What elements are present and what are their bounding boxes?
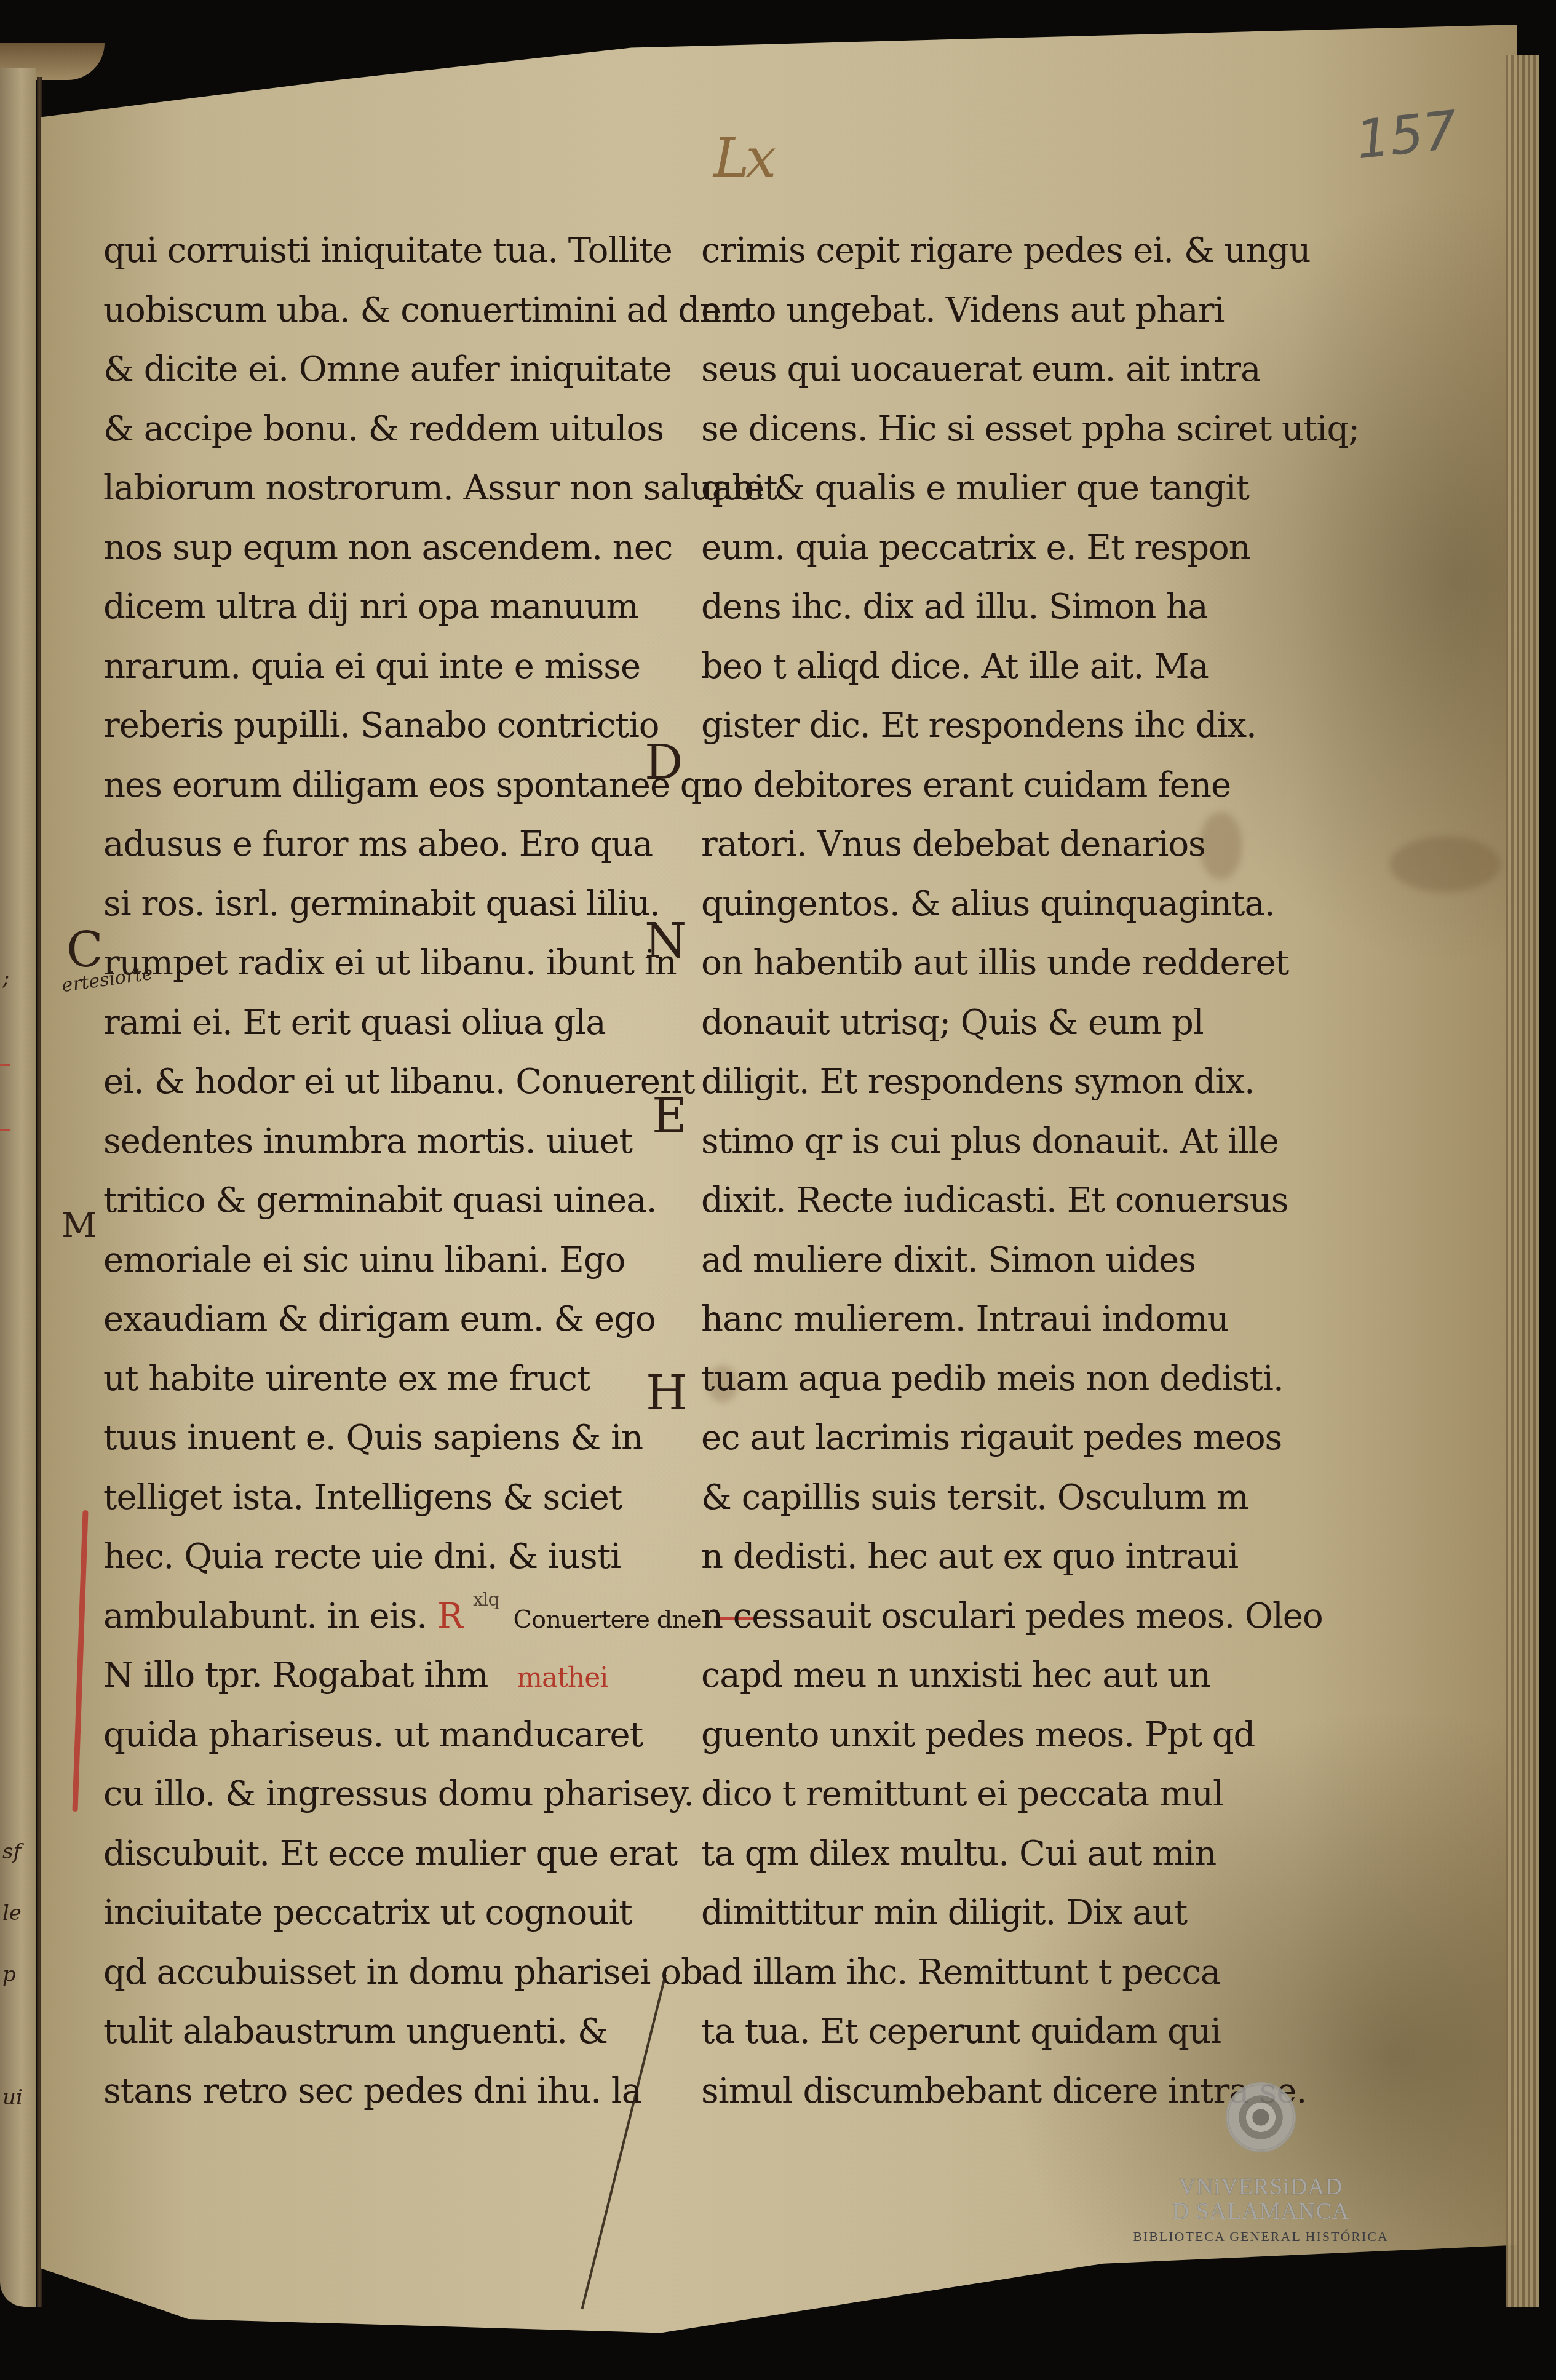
text-line: tuam aqua pedib meis non dedisti. [701,1350,1255,1409]
university-seal-icon [1226,2082,1296,2152]
text-line: sedentes inumbra mortis. uiuet [103,1112,645,1172]
text-line: ec aut lacrimis rigauit pedes meos [701,1409,1255,1468]
text-line: capd meu n unxisti hec aut un [701,1646,1255,1706]
text-line: diligit. Et respondens symon dix. [701,1053,1255,1112]
text-line: reberis pupilli. Sanabo contrictio [103,696,645,756]
rubric-tick [0,1129,10,1131]
marginal-initial: H [646,1366,688,1421]
text-line: n cessauit osculari pedes meos. Oleo [701,1587,1255,1647]
text-line: stans retro sec pedes dni ihu. la [103,2062,645,2122]
text-line: discubuit. Et ecce mulier que erat [103,1825,645,1884]
text-line: tulit alabaustrum unguenti. & [103,2002,645,2062]
text-line: nes eorum diligam eos spontanee qr [103,756,645,816]
text-line: exaudiam & dirigam eum. & ego [103,1290,645,1350]
text-line: guento unxit pedes meos. Ppt qd [701,1706,1255,1765]
gospel-rubric: mathei [517,1662,608,1693]
text-line: adusus e furor ms abeo. Ero qua [103,815,645,875]
stain [1390,837,1501,892]
text-line: labiorum nostrorum. Assur non saluabit [103,459,645,519]
text-line: tritico & germinabit quasi uinea. [103,1171,645,1231]
text-line: nos sup equm non ascendem. nec [103,519,645,578]
text-line: dixit. Recte iudicasti. Et conuersus [701,1171,1255,1231]
text-line: rami ei. Et erit quasi oliua gla [103,993,645,1053]
text-line: ad muliere dixit. Simon uides [701,1231,1255,1291]
text-line: nrarum. quia ei qui inte e misse [103,637,645,697]
previous-page-fragment: le [2,1901,22,1925]
right-text-column: crimis cepit rigare pedes ei. & ungu ent… [701,221,1255,2121]
library-watermark: VNiVERSiDAD D SALAMANCA BIBLIOTECA GENER… [1125,2082,1396,2245]
text-line: eum. quia peccatrix e. Et respon [701,519,1255,578]
text-line: ta qm dilex multu. Cui aut min [701,1825,1255,1884]
watermark-line-2: D SALAMANCA [1125,2199,1396,2224]
text-line: quida phariseus. ut manducaret [103,1706,645,1765]
text-line: quingentos. & alius quinquaginta. [701,875,1255,934]
text-line: on habentib aut illis unde redderet [701,934,1255,993]
text-line: hanc mulierem. Intraui indomu [701,1290,1255,1350]
text-line: dico t remittunt ei peccata mul [701,1765,1255,1825]
running-head: Lx [713,126,772,189]
text-line: dimittitur min diligit. Dix aut [701,1884,1255,1943]
text-line: dens ihc. dix ad illu. Simon ha [701,578,1255,637]
text-line: & dicite ei. Omne aufer iniquitate [103,340,645,400]
text-line: si ros. isrl. germinabit quasi liliu. [103,875,645,934]
text-line: emoriale ei sic uinu libani. Ego [103,1231,645,1291]
text-line: que & qualis e mulier que tangit [701,459,1255,519]
previous-page-edge: ; sf le p ui [0,68,36,2307]
interlinear-gloss: xlq [473,1589,499,1610]
text-segment: N illo tpr. Rogabat ihm [103,1655,488,1695]
left-text-column: qui corruisti iniquitate tua. Tollite uo… [103,221,645,2121]
fore-edge-leaves [1506,55,1539,2307]
text-line: ad illam ihc. Remittunt t pecca [701,1943,1255,2003]
folio-number: 157 [1353,100,1460,172]
text-line: cu illo. & ingressus domu pharisey. [103,1765,645,1825]
text-line: gister dic. Et respondens ihc dix. [701,696,1255,756]
text-line: tuus inuent e. Quis sapiens & in [103,1409,645,1468]
marginal-initial: E [652,1089,687,1144]
text-line: telliget ista. Intelligens & sciet [103,1468,645,1528]
text-line: inciuitate peccatrix ut cognouit [103,1884,645,1943]
marginal-initial: D [645,735,683,790]
text-line: ut habite uirente ex me fruct [103,1350,645,1409]
text-line: rumpet radix ei ut libanu. ibunt in [103,934,645,993]
text-line: ei. & hodor ei ut libanu. Conuerent [103,1053,645,1112]
previous-page-fragment: sf [2,1839,21,1864]
text-line: dicem ultra dij nri opa manuum [103,578,645,637]
marginal-initial: N [645,913,686,969]
text-line: & accipe bonu. & reddem uitulos [103,400,645,460]
text-line: & capillis suis tersit. Osculum m [701,1468,1255,1528]
rubric-tick [0,1064,10,1066]
text-line: seus qui uocauerat eum. ait intra [701,340,1255,400]
responsory-mark: R [437,1596,462,1636]
text-line: qd accubuisset in domu pharisei ob [103,1943,645,2003]
text-segment: ambulabunt. in eis. [103,1596,427,1636]
marginal-initial: M [62,1206,97,1246]
gospel-incipit-line: N illo tpr. Rogabat ihm mathei [103,1646,645,1706]
responsory-line: ambulabunt. in eis. R xlq Conuertere dne [103,1587,645,1647]
watermark-line-3: BIBLIOTECA GENERAL HISTÓRICA [1125,2229,1396,2245]
text-line: uobiscum uba. & conuertimini ad dnm [103,281,645,341]
text-line: crimis cepit rigare pedes ei. & ungu [701,221,1255,281]
text-line: ratori. Vnus debebat denarios [701,815,1255,875]
text-line: hec. Quia recte uie dni. & iusti [103,1527,645,1587]
responsory-incipit: Conuertere dne [513,1606,701,1634]
text-line: n dedisti. hec aut ex quo intraui [701,1527,1255,1587]
text-line: uo debitores erant cuidam fene [701,756,1255,816]
previous-page-fragment: p [2,1962,16,1987]
text-line: donauit utrisq; Quis & eum pl [701,993,1255,1053]
text-line: stimo qr is cui plus donauit. At ille [701,1112,1255,1172]
watermark-line-1: VNiVERSiDAD [1125,2175,1396,2199]
previous-page-fragment: ; [2,966,9,990]
text-line: beo t aliqd dice. At ille ait. Ma [701,637,1255,697]
previous-page-fragment: ui [2,2085,23,2110]
text-line: qui corruisti iniquitate tua. Tollite [103,221,645,281]
text-line: ta tua. Et ceperunt quidam qui [701,2002,1255,2062]
text-line: se dicens. Hic si esset ppha sciret utiq… [701,400,1255,460]
text-line: ento ungebat. Videns aut phari [701,281,1255,341]
